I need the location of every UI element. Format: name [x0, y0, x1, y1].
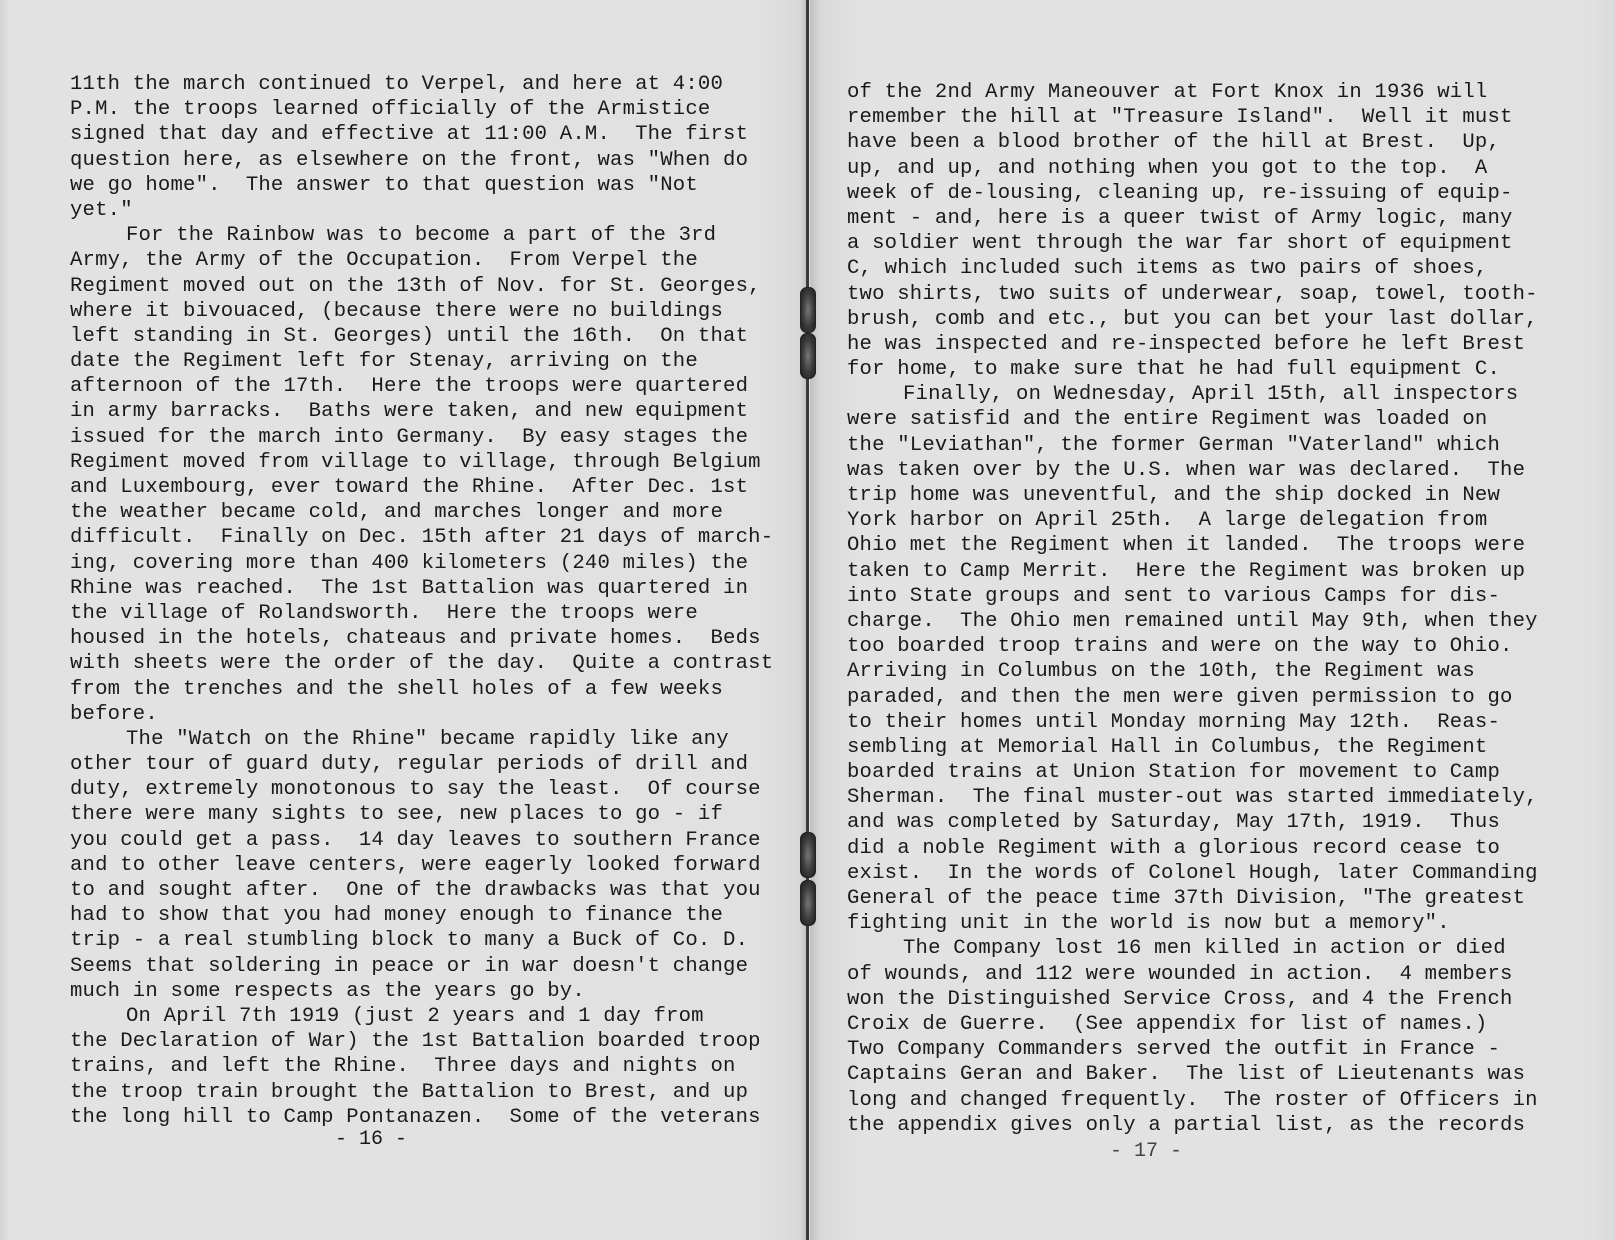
text-line: to and sought after. One of the drawback… [70, 878, 773, 903]
text-line: did a noble Regiment with a glorious rec… [847, 836, 1538, 861]
text-line: have been a blood brother of the hill at… [847, 130, 1538, 155]
text-line: into State groups and sent to various Ca… [847, 584, 1538, 609]
staple-icon [800, 832, 816, 878]
text-line: and was completed by Saturday, May 17th,… [847, 810, 1538, 835]
text-line: The "Watch on the Rhine" became rapidly … [70, 727, 773, 752]
text-line: with sheets were the order of the day. Q… [70, 651, 773, 676]
text-line: the weather became cold, and marches lon… [70, 500, 773, 525]
text-line: you could get a pass. 14 day leaves to s… [70, 828, 773, 853]
text-line: brush, comb and etc., but you can bet yo… [847, 307, 1538, 332]
right-page: of the 2nd Army Maneouver at Fort Knox i… [810, 0, 1615, 1240]
text-line: boarded trains at Union Station for move… [847, 760, 1538, 785]
text-line: a soldier went through the war far short… [847, 231, 1538, 256]
text-line: up, and up, and nothing when you got to … [847, 156, 1538, 181]
text-line: yet." [70, 198, 773, 223]
text-line: week of de-lousing, cleaning up, re-issu… [847, 181, 1538, 206]
text-line: signed that day and effective at 11:00 A… [70, 122, 773, 147]
text-line: General of the peace time 37th Division,… [847, 886, 1538, 911]
text-line: afternoon of the 17th. Here the troops w… [70, 374, 773, 399]
text-line: Rhine was reached. The 1st Battalion was… [70, 576, 773, 601]
text-line: charge. The Ohio men remained until May … [847, 609, 1538, 634]
text-line: difficult. Finally on Dec. 15th after 21… [70, 525, 773, 550]
text-line: Seems that soldering in peace or in war … [70, 954, 773, 979]
text-line: paraded, and then the men were given per… [847, 685, 1538, 710]
text-line: other tour of guard duty, regular period… [70, 752, 773, 777]
text-line: of wounds, and 112 were wounded in actio… [847, 962, 1538, 987]
text-line: Two Company Commanders served the outfit… [847, 1037, 1538, 1062]
text-line: the appendix gives only a partial list, … [847, 1113, 1538, 1138]
text-line: date the Regiment left for Stenay, arriv… [70, 349, 773, 374]
text-line: for home, to make sure that he had full … [847, 357, 1538, 382]
text-line: were satisfid and the entire Regiment wa… [847, 407, 1538, 432]
text-line: the "Leviathan", the former German "Vate… [847, 433, 1538, 458]
text-line: The Company lost 16 men killed in action… [847, 936, 1538, 961]
text-line: he was inspected and re-inspected before… [847, 332, 1538, 357]
text-line: there were many sights to see, new place… [70, 802, 773, 827]
text-line: won the Distinguished Service Cross, and… [847, 987, 1538, 1012]
left-page-text: 11th the march continued to Verpel, and … [70, 72, 773, 1130]
text-line: C, which included such items as two pair… [847, 256, 1538, 281]
text-line: York harbor on April 25th. A large deleg… [847, 508, 1538, 533]
text-line: question here, as elsewhere on the front… [70, 148, 773, 173]
booklet-spread: 11th the march continued to Verpel, and … [0, 0, 1615, 1240]
text-line: Finally, on Wednesday, April 15th, all i… [847, 382, 1538, 407]
text-line: sembling at Memorial Hall in Columbus, t… [847, 735, 1538, 760]
text-line: taken to Camp Merrit. Here the Regiment … [847, 559, 1538, 584]
text-line: trains, and left the Rhine. Three days a… [70, 1054, 773, 1079]
staple-icon [800, 333, 816, 379]
text-line: the troop train brought the Battalion to… [70, 1080, 773, 1105]
text-line: For the Rainbow was to become a part of … [70, 223, 773, 248]
text-line: exist. In the words of Colonel Hough, la… [847, 861, 1538, 886]
text-line: Ohio met the Regiment when it landed. Th… [847, 533, 1538, 558]
text-line: the long hill to Camp Pontanazen. Some o… [70, 1105, 773, 1130]
text-line: Arriving in Columbus on the 10th, the Re… [847, 659, 1538, 684]
text-line: trip - a real stumbling block to many a … [70, 928, 773, 953]
text-line: to their homes until Monday morning May … [847, 710, 1538, 735]
text-line: Regiment moved from village to village, … [70, 450, 773, 475]
staple-icon [800, 880, 816, 926]
text-line: two shirts, two suits of underwear, soap… [847, 282, 1538, 307]
text-line: housed in the hotels, chateaus and priva… [70, 626, 773, 651]
text-line: trip home was uneventful, and the ship d… [847, 483, 1538, 508]
text-line: Regiment moved out on the 13th of Nov. f… [70, 274, 773, 299]
text-line: On April 7th 1919 (just 2 years and 1 da… [70, 1004, 773, 1029]
text-line: Croix de Guerre. (See appendix for list … [847, 1012, 1538, 1037]
text-line: Army, the Army of the Occupation. From V… [70, 248, 773, 273]
staple-icon [800, 287, 816, 333]
text-line: much in some respects as the years go by… [70, 979, 773, 1004]
text-line: the Declaration of War) the 1st Battalio… [70, 1029, 773, 1054]
text-line: 11th the march continued to Verpel, and … [70, 72, 773, 97]
text-line: duty, extremely monotonous to say the le… [70, 777, 773, 802]
text-line: from the trenches and the shell holes of… [70, 677, 773, 702]
text-line: was taken over by the U.S. when war was … [847, 458, 1538, 483]
text-line: long and changed frequently. The roster … [847, 1088, 1538, 1113]
text-line: and to other leave centers, were eagerly… [70, 853, 773, 878]
text-line: Sherman. The final muster-out was starte… [847, 785, 1538, 810]
text-line: we go home". The answer to that question… [70, 173, 773, 198]
left-page: 11th the march continued to Verpel, and … [0, 0, 808, 1240]
left-page-number: - 16 - [335, 1128, 407, 1151]
text-line: where it bivouaced, (because there were … [70, 299, 773, 324]
text-line: P.M. the troops learned officially of th… [70, 97, 773, 122]
text-line: too boarded troop trains and were on the… [847, 634, 1538, 659]
text-line: remember the hill at "Treasure Island". … [847, 105, 1538, 130]
text-line: issued for the march into Germany. By ea… [70, 425, 773, 450]
text-line: left standing in St. Georges) until the … [70, 324, 773, 349]
text-line: in army barracks. Baths were taken, and … [70, 399, 773, 424]
binding-fold [806, 0, 809, 1240]
text-line: and Luxembourg, ever toward the Rhine. A… [70, 475, 773, 500]
text-line: of the 2nd Army Maneouver at Fort Knox i… [847, 80, 1538, 105]
text-line: ing, covering more than 400 kilometers (… [70, 551, 773, 576]
text-line: fighting unit in the world is now but a … [847, 911, 1538, 936]
text-line: Captains Geran and Baker. The list of Li… [847, 1062, 1538, 1087]
text-line: the village of Rolandsworth. Here the tr… [70, 601, 773, 626]
text-line: before. [70, 702, 773, 727]
right-page-number: - 17 - [1110, 1140, 1182, 1163]
text-line: had to show that you had money enough to… [70, 903, 773, 928]
text-line: ment - and, here is a queer twist of Arm… [847, 206, 1538, 231]
right-page-text: of the 2nd Army Maneouver at Fort Knox i… [847, 80, 1538, 1138]
